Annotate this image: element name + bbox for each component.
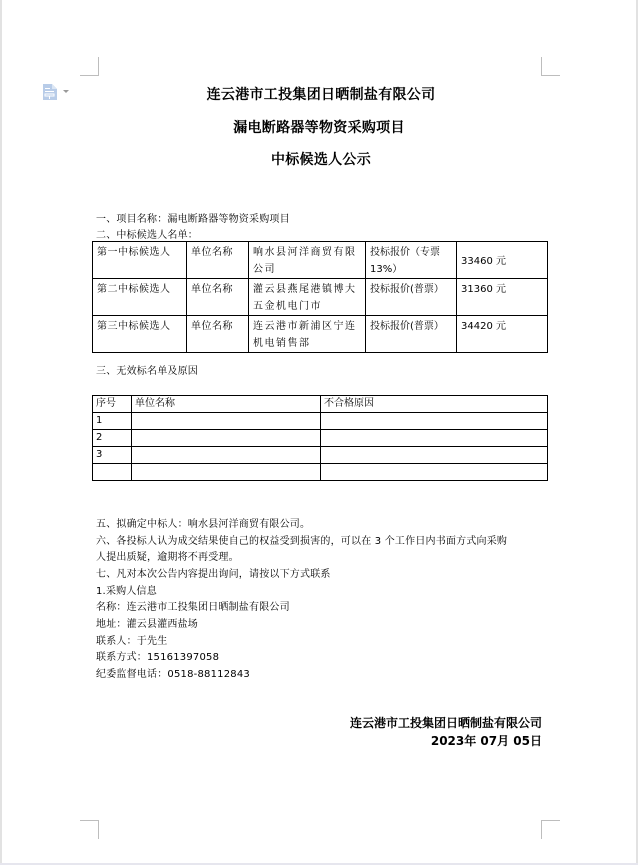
- margin-corner-bottom-right: [541, 820, 560, 839]
- price-label: 投标报价（专票13%）: [366, 242, 457, 279]
- purchaser-address: 地址：灌云县灌西盐场: [96, 615, 198, 630]
- project-title: 漏电断路器等物资采购项目: [0, 117, 638, 137]
- unit-name: 灌云县燕尾港镇博大五金机电门市: [249, 279, 366, 316]
- contact-heading: 七、凡对本次公告内容提出询问，请按以下方式联系: [96, 565, 331, 580]
- unit-label: 单位名称: [187, 279, 249, 316]
- unit-name: 连云港市新浦区宁连机电销售部: [249, 316, 366, 353]
- margin-corner-top-right: [541, 57, 560, 76]
- row-index: 2: [93, 430, 132, 447]
- row-index: 1: [93, 413, 132, 430]
- table-header-row: 序号 单位名称 不合格原因: [93, 396, 548, 413]
- invalid-heading: 三、无效标名单及原因: [96, 362, 198, 377]
- candidate-rank: 第二中标候选人: [93, 279, 187, 316]
- margin-corner-bottom-left: [80, 820, 99, 839]
- project-name-line: 一、项目名称：漏电断路器等物资采购项目: [96, 210, 290, 225]
- invalid-bids-table: 序号 单位名称 不合格原因 1 2 3: [92, 395, 548, 481]
- contact-phone: 联系方式：15161397058: [96, 648, 219, 663]
- notice-title: 中标候选人公示: [2, 149, 638, 169]
- purchaser-name: 名称：连云港市工投集团日晒制盐有限公司: [96, 598, 290, 613]
- header-unit-name: 单位名称: [132, 396, 321, 413]
- candidates-table: 第一中标候选人 单位名称 响水县河洋商贸有限公司 投标报价（专票13%） 334…: [92, 241, 548, 353]
- signature-date: 2023年 07月 05日: [431, 732, 542, 749]
- header-reason: 不合格原因: [321, 396, 548, 413]
- table-row: 第三中标候选人 单位名称 连云港市新浦区宁连机电销售部 投标报价(普票） 344…: [93, 316, 548, 353]
- objection-line-2: 人提出质疑，逾期将不再受理。: [96, 548, 239, 563]
- company-title: 连云港市工投集团日晒制盐有限公司: [2, 84, 638, 104]
- row-unit-name: [132, 464, 321, 481]
- header-index: 序号: [93, 396, 132, 413]
- purchaser-heading: 1.采购人信息: [96, 582, 157, 597]
- row-reason: [321, 413, 548, 430]
- table-row: 3: [93, 447, 548, 464]
- row-index: [93, 464, 132, 481]
- row-unit-name: [132, 447, 321, 464]
- unit-label: 单位名称: [187, 316, 249, 353]
- candidates-heading: 二、中标候选人名单：: [96, 226, 198, 241]
- unit-label: 单位名称: [187, 242, 249, 279]
- row-unit-name: [132, 430, 321, 447]
- price-value: 34420 元: [457, 316, 548, 353]
- row-reason: [321, 430, 548, 447]
- supervision-phone: 纪委监督电话：0518-88112843: [96, 665, 250, 680]
- price-value: 31360 元: [457, 279, 548, 316]
- objection-line-1: 六、各投标人认为成交结果使自己的权益受到损害的，可以在 3 个工作日内书面方式向…: [96, 532, 507, 547]
- table-row: 2: [93, 430, 548, 447]
- margin-corner-top-left: [80, 57, 99, 76]
- price-label: 投标报价(普票）: [366, 316, 457, 353]
- row-index: 3: [93, 447, 132, 464]
- row-reason: [321, 464, 548, 481]
- price-value: 33460 元: [457, 242, 548, 279]
- row-reason: [321, 447, 548, 464]
- table-row: [93, 464, 548, 481]
- candidate-rank: 第一中标候选人: [93, 242, 187, 279]
- row-unit-name: [132, 413, 321, 430]
- table-row: 第二中标候选人 单位名称 灌云县燕尾港镇博大五金机电门市 投标报价(普票） 31…: [93, 279, 548, 316]
- candidate-rank: 第三中标候选人: [93, 316, 187, 353]
- table-row: 1: [93, 413, 548, 430]
- price-label: 投标报价(普票）: [366, 279, 457, 316]
- table-row: 第一中标候选人 单位名称 响水县河洋商贸有限公司 投标报价（专票13%） 334…: [93, 242, 548, 279]
- contact-person: 联系人：于先生: [96, 632, 167, 647]
- signature-company: 连云港市工投集团日晒制盐有限公司: [350, 714, 542, 731]
- winner-line: 五、拟确定中标人：响水县河洋商贸有限公司。: [96, 515, 310, 530]
- unit-name: 响水县河洋商贸有限公司: [249, 242, 366, 279]
